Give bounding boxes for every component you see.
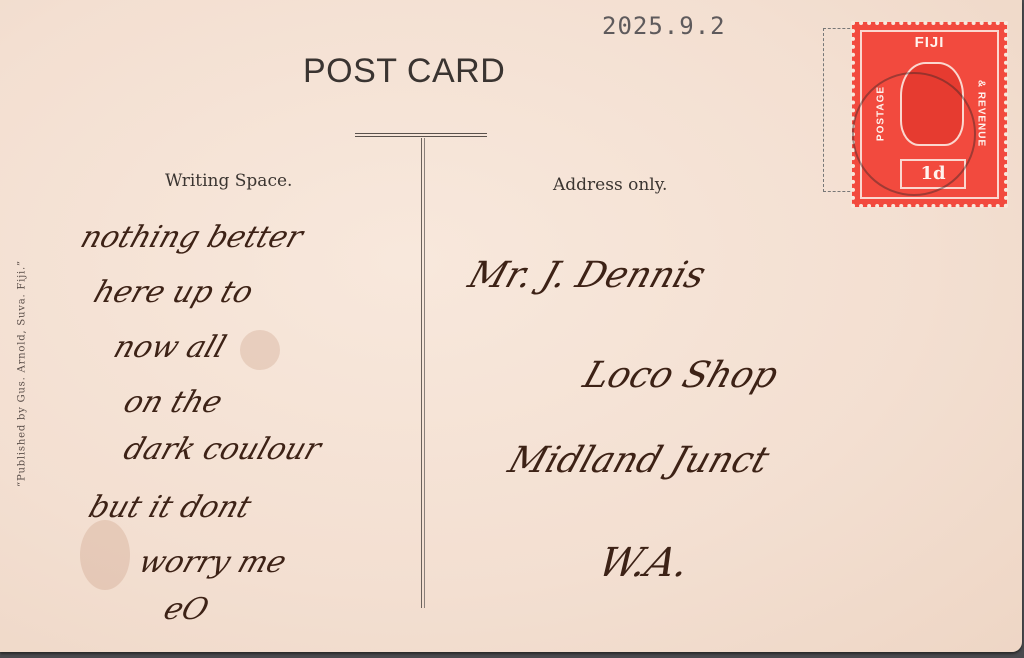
message-line: dark coulour [119,432,325,467]
address-line: Mr. J. Dennis [463,255,710,296]
stain [240,330,280,370]
stamp-frame: FIJI POSTAGE & REVENUE 1d [860,30,999,199]
divider-top-bar [355,133,487,137]
message-line: worry me [134,545,290,580]
stamp-country: FIJI [862,34,997,51]
postcard-title: POST CARD [303,52,505,91]
pencil-date: 2025.9.2 [602,12,726,40]
address-only-label: Address only. [553,175,667,195]
address-line: W.A. [593,540,696,586]
message-line: but it dont [84,490,255,525]
message-line: here up to [89,275,257,310]
address-line: Loco Shop [578,355,783,396]
address-line: Midland Junct [503,440,774,481]
stamp-revenue-text: & REVENUE [976,64,987,164]
postmark-icon [852,72,976,196]
divider-vertical [421,138,425,608]
message-line: now all [109,330,230,365]
postage-stamp: FIJI POSTAGE & REVENUE 1d [852,22,1007,207]
message-line: nothing better [76,220,307,255]
message-line: eO [159,592,213,627]
postcard-back: 2025.9.2 POST CARD Writing Space. Addres… [0,0,1022,652]
writing-space-label: Writing Space. [165,171,292,191]
publisher-imprint: “Published by Gus. Arnold, Suva. Fiji.” [17,234,28,514]
stain [80,520,130,590]
message-line: on the [119,385,226,420]
